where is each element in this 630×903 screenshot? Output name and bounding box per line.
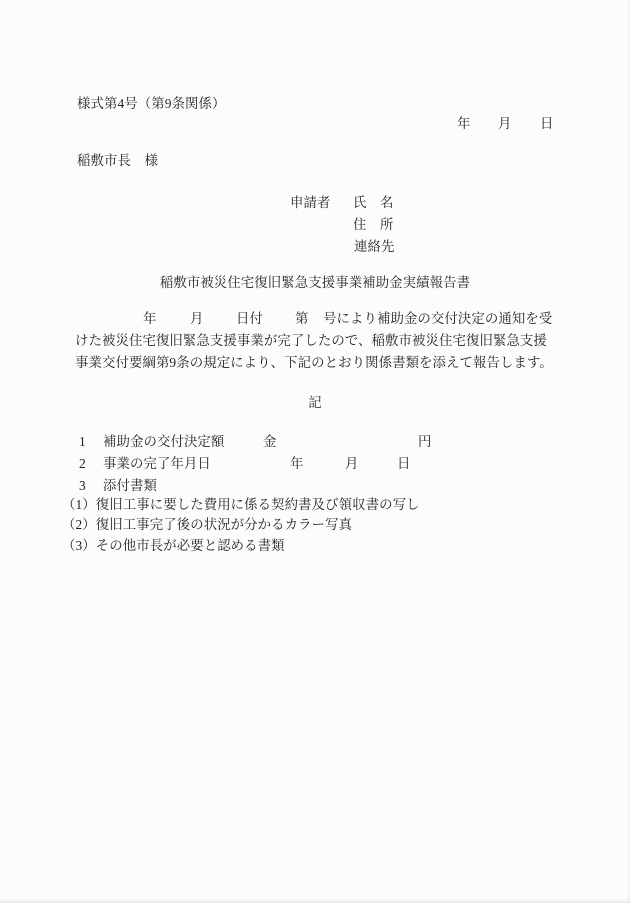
list-row1-label: 補助金の交付決定額 [103,435,224,448]
attachment-item: （3）その他市長が必要と認める書類 [62,539,285,552]
body-line3-text: 事業交付要綱第9条の規定により、下記のとおり関係書類を添えて報告します。 [75,356,553,369]
list-row2-number: 2 [79,457,86,470]
list-row2-year-label: 年 [290,457,304,470]
document-title: 稲敷市被災住宅復旧緊急支援事業補助金実績報告書 [0,276,630,289]
body-line2-text: けた被災住宅復旧緊急支援事業が完了したので、稲敷市被災住宅復旧緊急支援 [75,334,547,347]
list-row1-number: 1 [79,435,86,448]
header-date-year-label: 年 [457,117,471,130]
applicant-label: 申請者 [290,196,330,209]
body-blank-day-label: 日付 [236,312,263,325]
header-date-day-label: 日 [540,117,554,130]
attachment-item: （1）復旧工事に要した費用に係る契約書及び領収書の写し [62,498,420,511]
applicant-contact-label: 連絡先 [354,240,394,253]
header-date-month-label: 月 [498,117,512,130]
applicant-name-label: 氏 名 [353,196,393,209]
body-line1-text: 号により補助金の交付決定の通知を受 [323,312,552,325]
applicant-address-label: 住 所 [353,218,393,231]
list-row2-day-label: 日 [397,457,411,470]
recipient-line: 稲敷市長 様 [77,154,158,167]
list-row1-amount-suffix: 円 [418,435,432,448]
document-page: 様式第4号（第9条関係） 年 月 日 稲敷市長 様 申請者 氏 名 住 所 連絡… [0,0,630,903]
list-row3-number: 3 [79,479,86,492]
body-blank-number-label: 第 [295,312,309,325]
list-row3-label: 添付書類 [103,479,157,492]
list-row1-amount-prefix: 金 [263,435,277,448]
form-number: 様式第4号（第9条関係） [77,97,226,110]
body-blank-month-label: 月 [190,312,204,325]
record-marker: 記 [0,396,630,409]
list-row2-label: 事業の完了年月日 [103,457,211,470]
body-blank-year-label: 年 [143,312,157,325]
list-row2-month-label: 月 [345,457,359,470]
attachment-item: （2）復旧工事完了後の状況が分かるカラー写真 [62,518,352,531]
